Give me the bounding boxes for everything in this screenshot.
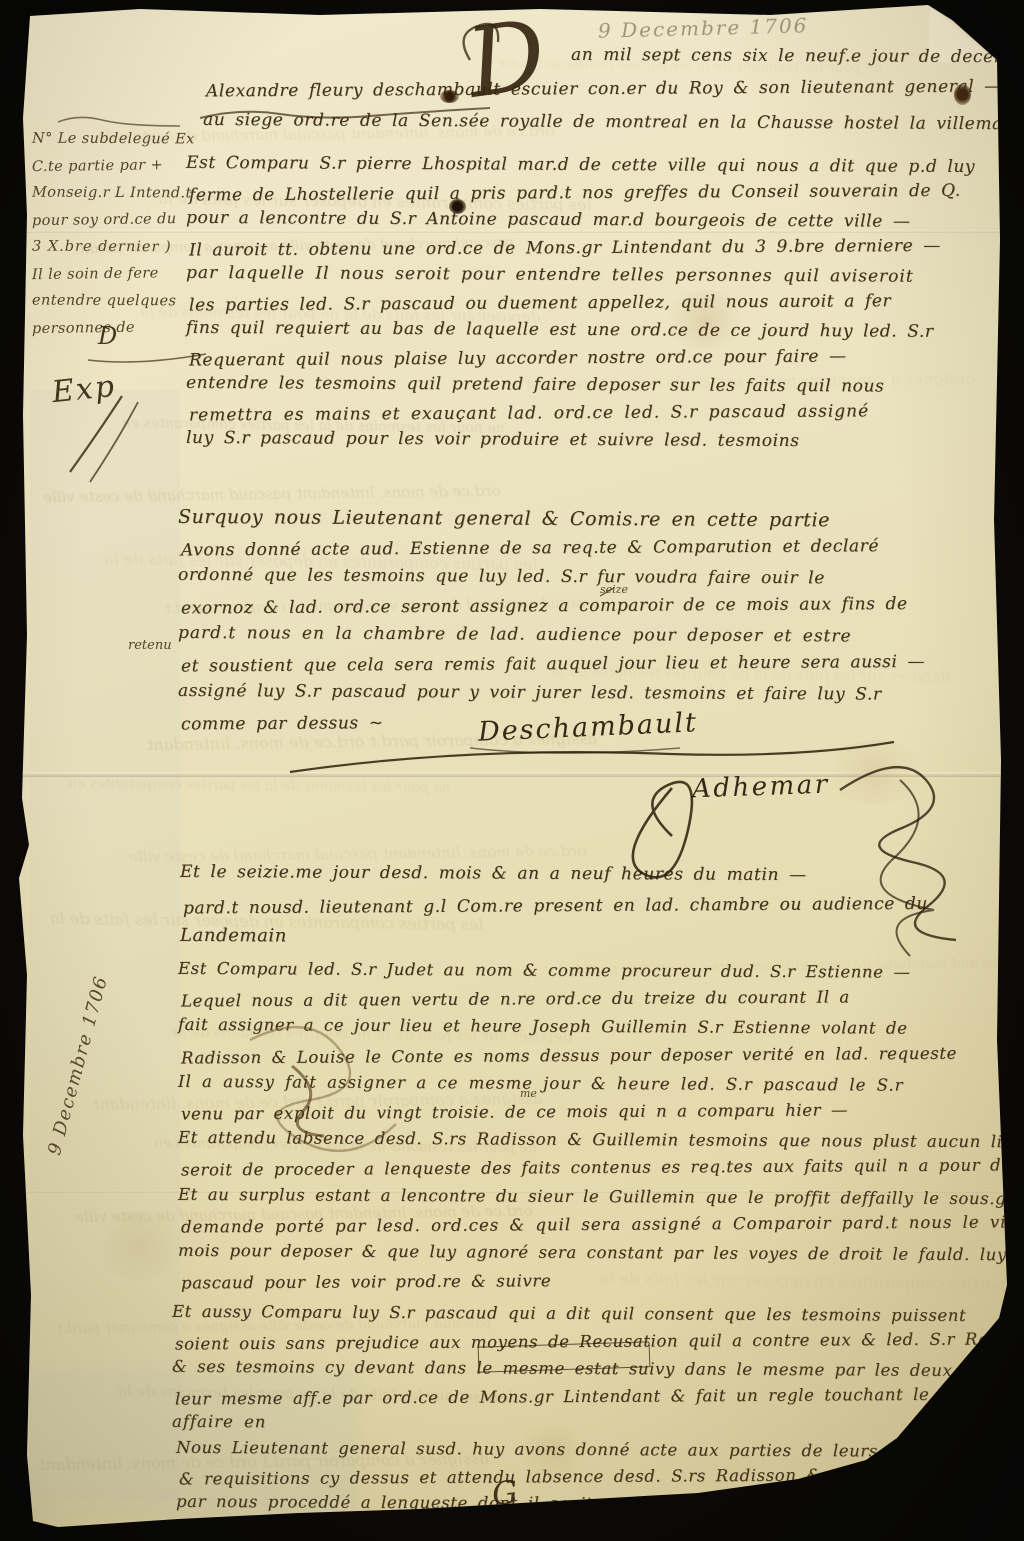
- manuscript-paper: ne pour les tesmoins de la les parties c…: [0, 0, 1024, 1541]
- paper-vignette: [0, 0, 1024, 1541]
- photo-stage: ne pour les tesmoins de la les parties c…: [0, 0, 1024, 1541]
